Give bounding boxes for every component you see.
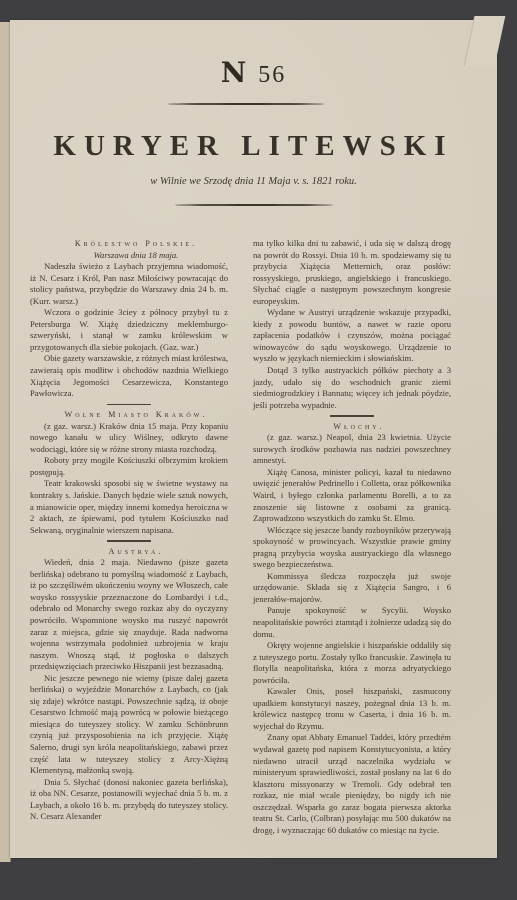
article-paragraph: Roboty przy mogile Kościuszki olbrzymim …	[30, 455, 228, 478]
left-column: Królestwo Polskie. Warszawa dnia 18 maja…	[30, 238, 228, 823]
article-paragraph: Znany opat Abbaty Emanuel Taddei, który …	[253, 732, 451, 836]
article-paragraph: Nic jeszcze pewnego nie wiemy (pisze dal…	[30, 673, 228, 777]
article-paragraph: Kawaler Onis, poseł hiszpański, zasmucon…	[253, 686, 451, 732]
issue-number-value: 56	[258, 62, 286, 88]
masthead-rule-top	[168, 103, 324, 105]
section-separator	[107, 404, 151, 406]
article-paragraph: Panuje spokoyność w Sycylii. Woysko neap…	[253, 605, 451, 640]
number-sign: N	[221, 56, 249, 89]
section-heading-wlochy: Włochy.	[253, 421, 451, 433]
section-heading-krakow: Wolne Miasto Kraków.	[30, 409, 228, 421]
masthead-rule-bottom	[175, 204, 333, 206]
dateline: w Wilnie we Srzodę dnia 11 Maja v. s. 18…	[10, 176, 497, 187]
article-paragraph: Okręty wojenne angielskie i hiszpańskie …	[253, 640, 451, 686]
issue-number: N56	[10, 56, 497, 89]
right-column: ma tylko kilka dni tu zabawić, i uda się…	[253, 238, 451, 836]
article-paragraph: Wiedeń, dnia 2 maja. Niedawno (pisze gaz…	[30, 557, 228, 672]
article-paragraph: Xiążę Canosa, minister policyi, kazał tu…	[253, 467, 451, 525]
section-heading-austrya: Austrya.	[30, 546, 228, 558]
newspaper-title: KURYER LITEWSKI	[10, 130, 497, 163]
section-subheading-warszawa: Warszawa dnia 18 maja.	[30, 250, 228, 262]
article-paragraph: Włóczące się jeszcze bandy rozboyników p…	[253, 525, 451, 571]
article-paragraph: Dnia 5. Słychać (donosi nakoniec gazeta …	[30, 777, 228, 823]
article-paragraph: Obie gazety warszawskie, z różnych miast…	[30, 353, 228, 399]
article-paragraph: (z gaz. warsz.) Neapol, dnia 23 kwietnia…	[253, 432, 451, 467]
section-heading-krolestwo: Królestwo Polskie.	[30, 238, 228, 250]
article-paragraph: (z gaz. warsz.) Kraków dnia 15 maja. Prz…	[30, 421, 228, 456]
article-paragraph-continued: ma tylko kilka dni tu zabawić, i uda się…	[253, 238, 451, 307]
newspaper-page: N56 KURYER LITEWSKI w Wilnie we Srzodę d…	[10, 20, 497, 858]
article-paragraph: Dotąd 3 tylko austryackich półków piecho…	[253, 365, 451, 411]
article-paragraph: Kommissya śledcza rozpoczęła już swoje u…	[253, 571, 451, 606]
article-paragraph: Wydane w Austryi urządzenie wskazuje prz…	[253, 307, 451, 365]
article-paragraph: Nadeszła świeżo z Laybach przyjemna wiad…	[30, 261, 228, 307]
article-paragraph: Teatr krakowski sposobi się w świetne wy…	[30, 478, 228, 536]
article-paragraph: Wczora o godzinie 3ciey z północy przyby…	[30, 307, 228, 353]
section-separator	[107, 540, 151, 542]
section-separator	[330, 415, 374, 417]
